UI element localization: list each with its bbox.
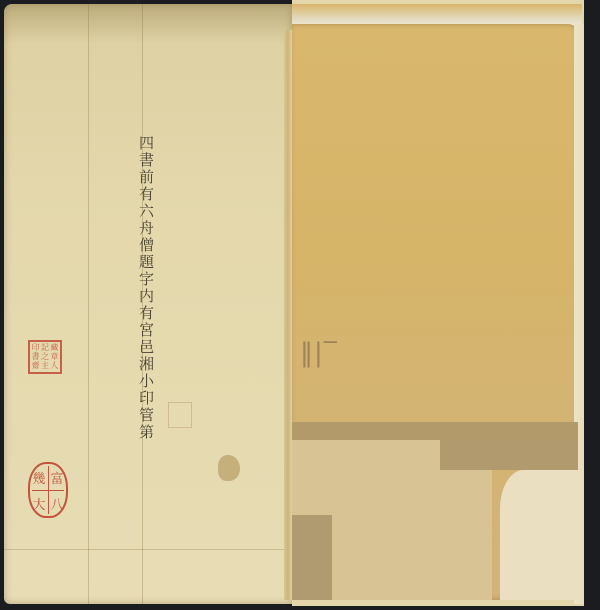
water-stain	[218, 455, 240, 481]
square-seal: 印 記 藏 書 之 章 齋 主 人	[28, 340, 62, 374]
page-crease	[4, 549, 292, 550]
faint-stamp-mark	[168, 402, 192, 428]
background-edge	[584, 0, 600, 610]
spine-edge	[284, 30, 292, 600]
fold-line	[88, 4, 89, 604]
cover-torn-corner	[500, 470, 578, 600]
cover-damage-patch	[440, 440, 578, 470]
book-photo: ‖|‾ 四書前有六舟僧題字内有宮邑湘小印管第 印 記 藏 書 之 章 齋 主 人…	[0, 0, 600, 610]
pencil-mark: ‖|‾	[300, 338, 338, 368]
cover-top-edge	[290, 4, 582, 26]
oval-seal: 幾 富 大 八	[28, 462, 68, 518]
cover-torn-left	[292, 515, 332, 600]
handwritten-inscription: 四書前有六舟僧題字内有宮邑湘小印管第	[134, 135, 156, 441]
